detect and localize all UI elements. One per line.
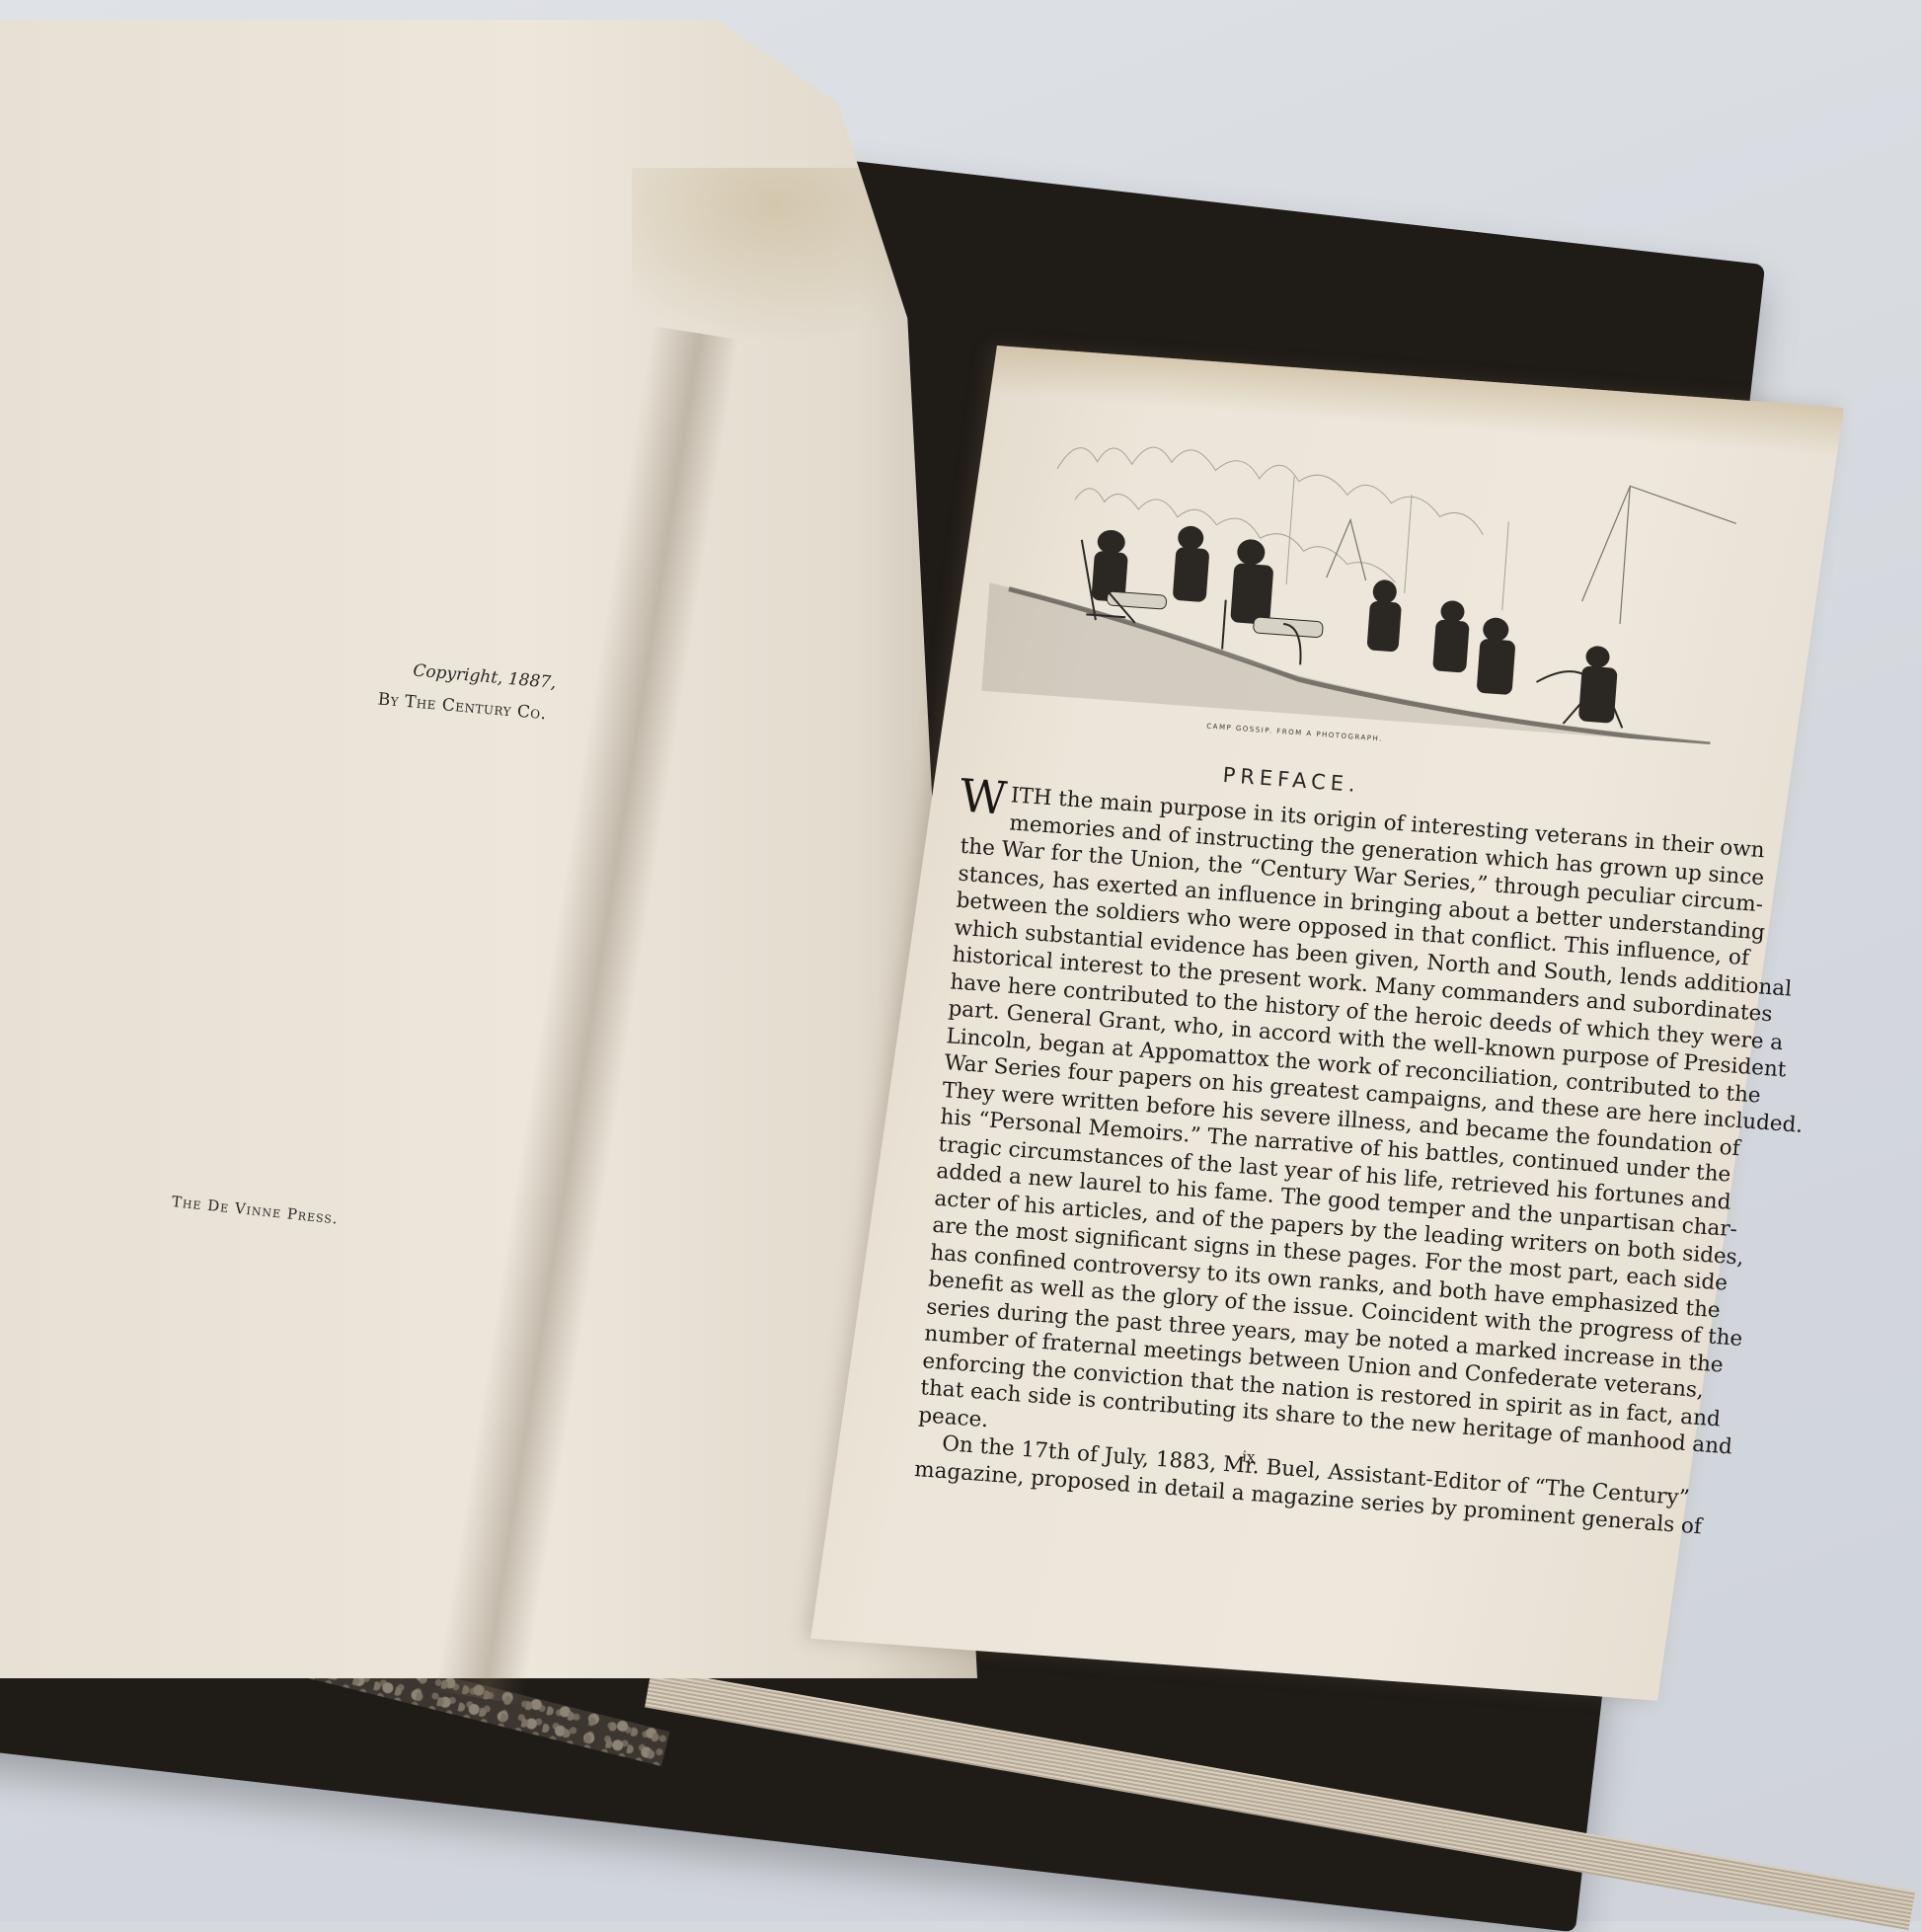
illustration-caption: Camp gossip. From a photograph. [1206, 723, 1383, 743]
page-number: ix [1242, 1447, 1257, 1466]
drop-cap: W [959, 781, 1007, 813]
preface-body: W ITH the main purpose in its origin of … [913, 779, 1693, 1536]
camp-gossip-engraving [981, 386, 1752, 746]
photo-background: Copyright, 1887, By The Century Co. The … [0, 0, 1921, 1921]
chapter-title: PREFACE. [1222, 763, 1361, 797]
right-page-content: Camp gossip. From a photograph. PREFACE.… [901, 346, 1843, 1707]
